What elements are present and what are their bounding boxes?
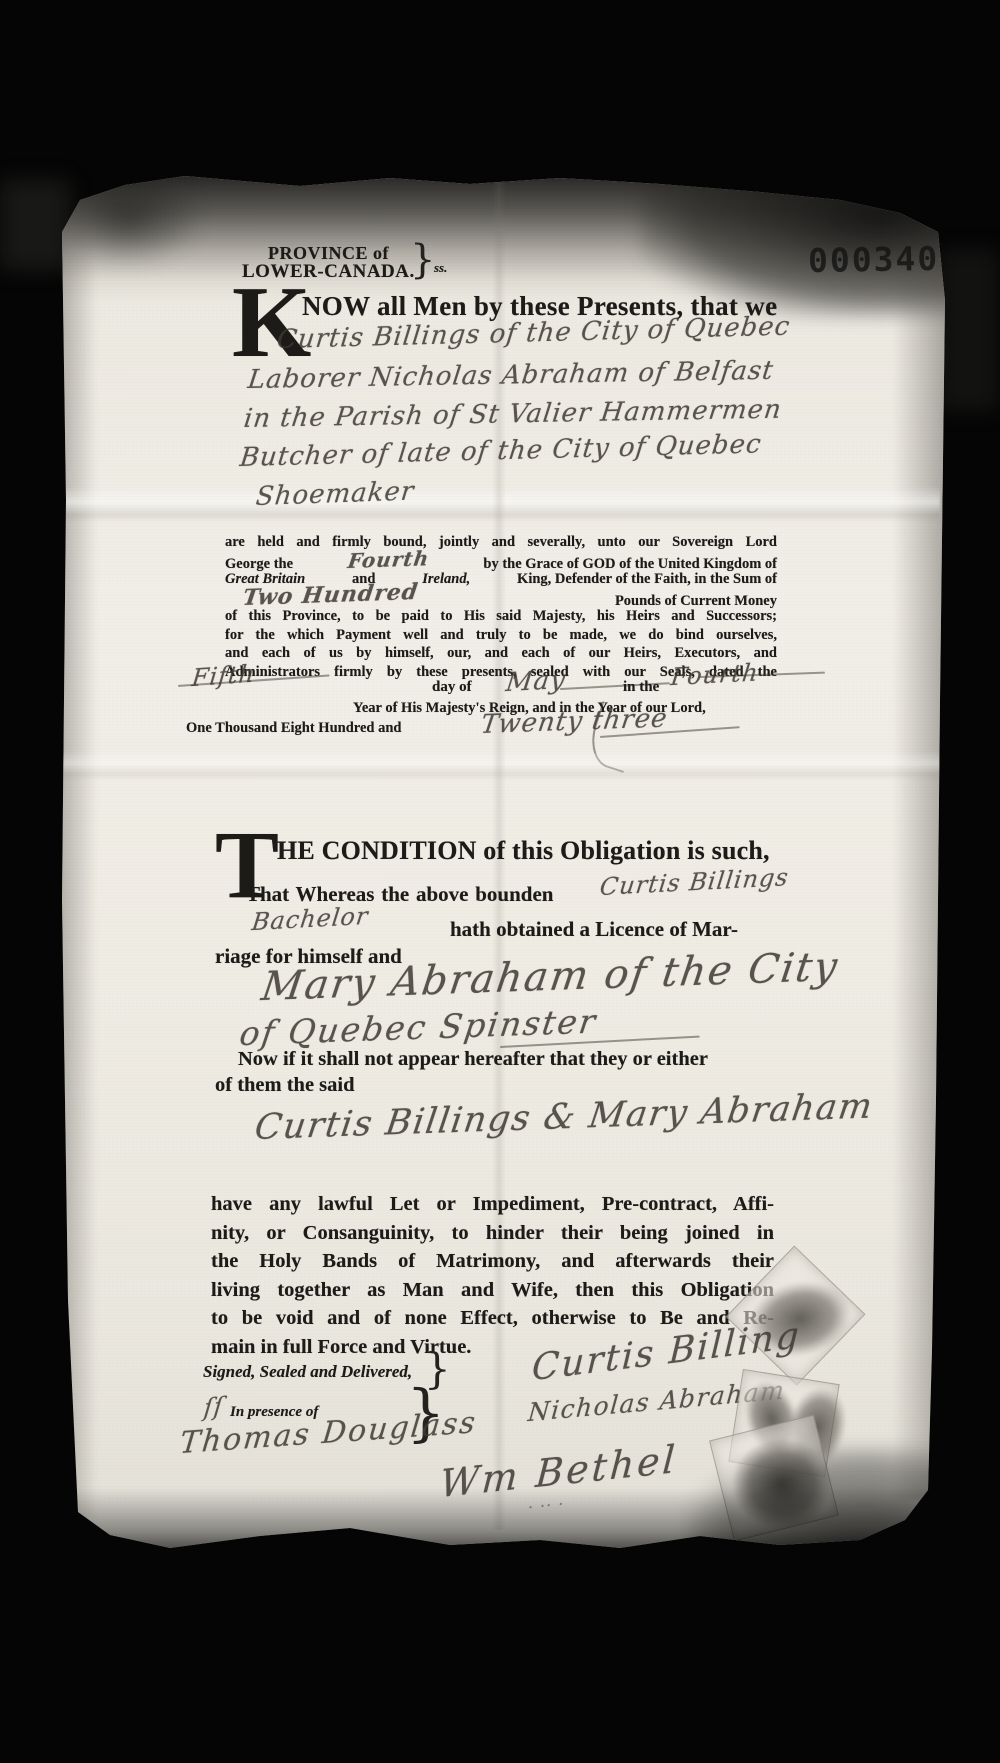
monarch-fill: Fourth <box>346 549 430 570</box>
edge-smudge-right <box>938 250 998 410</box>
bond-line-4: Two Hundred Pounds of Current Money <box>225 589 777 608</box>
now-line-1: Now if it shall not appear hereafter tha… <box>238 1048 708 1071</box>
licence-line-1: hath obtained a Licence of Mar- <box>450 917 738 942</box>
day-of-label: day of <box>432 679 472 696</box>
bond-paragraph: are held and firmly bound, jointly and s… <box>225 533 777 681</box>
jurat-abbreviation: ss. <box>434 260 447 276</box>
bond-line-3-ireland: Ireland, <box>422 570 470 589</box>
bond-line-7: and each of us by himself, our, and each… <box>225 644 777 663</box>
condition-title: HE CONDITION of this Obligation is such, <box>277 836 770 866</box>
in-presence-flourish: ſſ <box>203 1392 226 1423</box>
jurat-brace: } <box>410 240 435 280</box>
in-the-label: in the <box>623 679 659 696</box>
whereas-pre: That Whereas the above bounden <box>246 882 553 907</box>
handwritten-obligors-line-5: Shoemaker <box>254 476 415 512</box>
bond-line-6: for the which Payment well and truly to … <box>225 626 777 645</box>
edge-smudge-top-left <box>0 180 70 270</box>
bond-line-2: George the Fourth by the Grace of GOD of… <box>225 552 777 571</box>
bond-line-11-pre: One Thousand Eight Hundred and <box>186 720 401 737</box>
condition-para-line-2: nity, or Consanguinity, to hinder their … <box>211 1219 774 1248</box>
document-page: PROVINCE of LOWER-CANADA. } ss. 000340 K… <box>0 0 1000 1763</box>
bond-line-3-post: King, Defender of the Faith, in the Sum … <box>517 570 777 589</box>
day-fill: Fifth <box>191 659 257 692</box>
condition-para-line-3: the Holy Bands of Matrimony, and afterwa… <box>211 1247 774 1276</box>
stamped-serial-number: 000340 <box>808 239 940 280</box>
bond-line-5: of this Province, to be paid to His said… <box>225 607 777 626</box>
scanner-background: PROVINCE of LOWER-CANADA. } ss. 000340 K… <box>0 0 1000 1763</box>
pencil-marks: · ·· · <box>527 1494 565 1517</box>
now-line-2: of them the said <box>215 1074 355 1097</box>
sum-fill: Two Hundred <box>242 582 420 607</box>
condition-para-line-1: have any lawful Let or Impediment, Pre-c… <box>211 1190 774 1219</box>
month-fill: May <box>504 665 567 698</box>
bond-line-1: are held and firmly bound, jointly and s… <box>225 533 777 552</box>
signed-sealed-label: Signed, Sealed and Delivered, <box>203 1362 412 1382</box>
condition-para-line-4: living together as Man and Wife, then th… <box>211 1276 774 1305</box>
